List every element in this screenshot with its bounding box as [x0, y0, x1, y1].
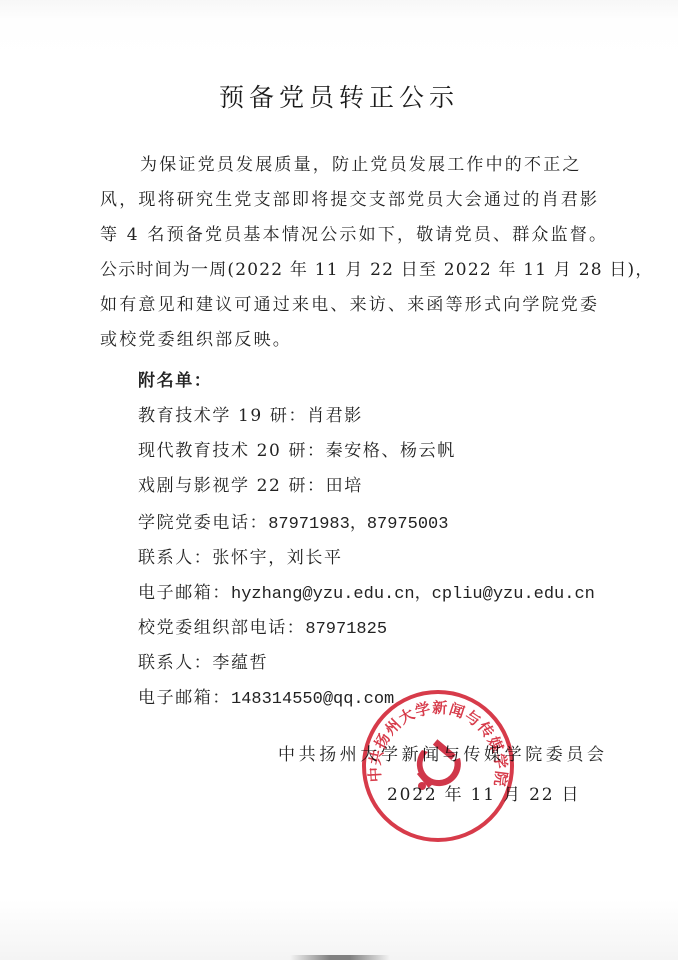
contact-label: 校党委组织部电话： — [138, 618, 305, 638]
contact-row-college-persons: 联系人：张怀宇，刘长平 — [138, 547, 343, 569]
hammer-sickle-icon — [417, 739, 461, 790]
contact-value: 87971983，87975003 — [268, 515, 448, 534]
member-row: 戏剧与影视学 22 研：田培 — [138, 475, 363, 497]
member-separator: ： — [288, 406, 307, 426]
contact-row-org-dept-person: 联系人：李蕴哲 — [138, 652, 268, 674]
member-separator: ： — [307, 441, 326, 461]
body-line-4: 公示时间为一周(2022 年 11 月 22 日至 2022 年 11 月 28… — [100, 259, 654, 281]
contact-row-college-phone: 学院党委电话：87971983，87975003 — [138, 512, 448, 536]
body-line-6: 或校党委组织部反映。 — [100, 329, 292, 351]
body-line-3: 等 4 名预备党员基本情况公示如下，敬请党员、群众监督。 — [100, 224, 608, 246]
contact-row-org-dept-email: 电子邮箱：148314550@qq.com — [138, 687, 394, 711]
contact-row-college-email: 电子邮箱：hyzhang@yzu.edu.cn，cpliu@yzu.edu.cn — [138, 582, 595, 606]
document-title: 预备党员转正公示 — [0, 78, 678, 114]
member-names: 肖君影 — [307, 406, 363, 426]
member-names: 秦安格、杨云帆 — [326, 441, 456, 461]
contact-label: 学院党委电话： — [138, 513, 268, 533]
contact-value: 张怀宇，刘长平 — [212, 548, 342, 568]
member-program: 戏剧与影视学 22 研 — [138, 476, 307, 496]
seal-text: 中共扬州大学新闻与传媒学院委员会 — [360, 688, 510, 788]
member-row: 教育技术学 19 研：肖君影 — [138, 405, 363, 427]
body-line-1: 为保证党员发展质量，防止党员发展工作中的不正之 — [140, 154, 582, 176]
body-line-5: 如有意见和建议可通过来电、来访、来函等形式向学院党委 — [100, 294, 599, 316]
list-heading: 附名单： — [138, 370, 212, 392]
contact-value: 李蕴哲 — [212, 653, 268, 673]
body-line-2: 风，现将研究生党支部即将提交支部党员大会通过的肖君影 — [100, 189, 599, 211]
contact-label: 电子邮箱： — [138, 688, 231, 708]
contact-value: 87971825 — [305, 620, 387, 639]
svg-text:中共扬州大学新闻与传媒学院委员会: 中共扬州大学新闻与传媒学院委员会 — [360, 688, 510, 788]
contact-label: 联系人： — [138, 653, 212, 673]
contact-label: 电子邮箱： — [138, 583, 231, 603]
document-page: 预备党员转正公示 为保证党员发展质量，防止党员发展工作中的不正之 风，现将研究生… — [0, 0, 678, 960]
contact-label: 联系人： — [138, 548, 212, 568]
member-row: 现代教育技术 20 研：秦安格、杨云帆 — [138, 440, 456, 462]
contact-row-org-dept-phone: 校党委组织部电话：87971825 — [138, 617, 387, 641]
member-program: 教育技术学 19 研 — [138, 406, 288, 426]
official-seal-icon: 中共扬州大学新闻与传媒学院委员会 — [360, 688, 516, 844]
member-program: 现代教育技术 20 研 — [138, 441, 307, 461]
contact-value: hyzhang@yzu.edu.cn，cpliu@yzu.edu.cn — [231, 585, 595, 604]
member-separator: ： — [307, 476, 326, 496]
member-names: 田培 — [326, 476, 363, 496]
page-edge-shadow — [290, 955, 390, 960]
